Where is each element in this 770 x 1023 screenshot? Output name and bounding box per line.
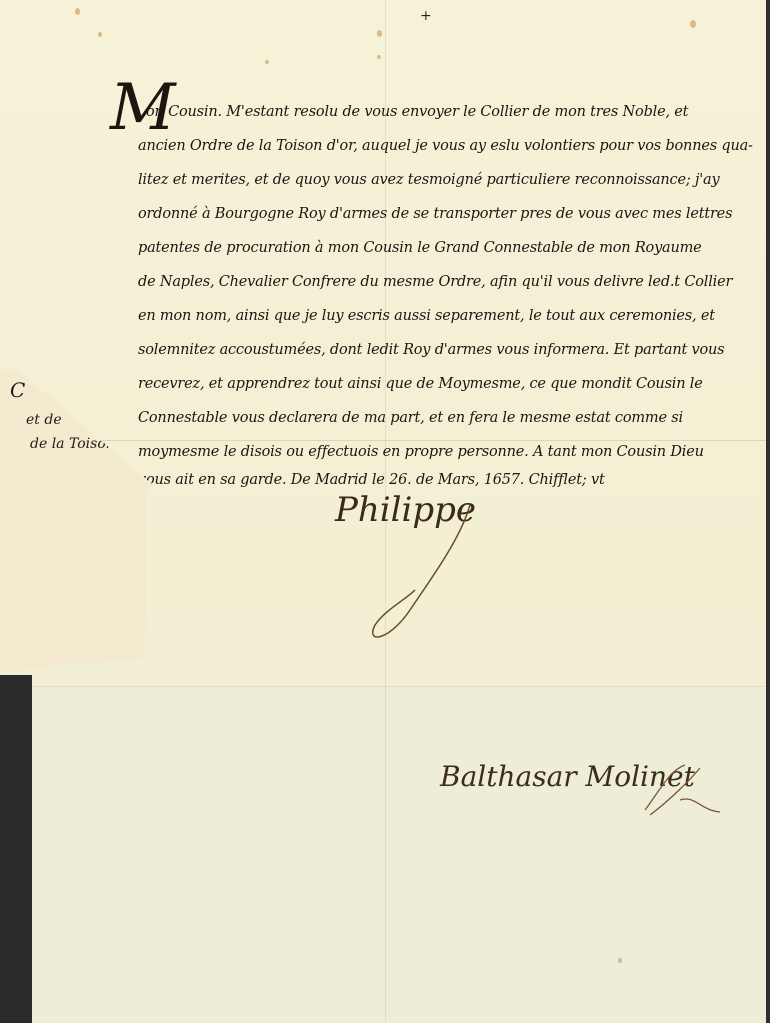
secretary-flourish <box>640 760 730 820</box>
letter-line: vous ait en sa garde. De Madrid le 26. d… <box>138 472 605 488</box>
letter-line: de Naples, Chevalier Confrere du mesme O… <box>138 274 732 290</box>
letter-line: ordonné à Bourgogne Roy d'armes de se tr… <box>138 206 732 222</box>
foxing-stain <box>377 30 382 37</box>
foxing-stain <box>618 958 622 963</box>
foxing-stain <box>75 8 80 15</box>
letter-line: moymesme le disois ou effectuois en prop… <box>138 444 704 460</box>
lower-fold-panel <box>32 686 766 1023</box>
letter-line: litez et merites, et de quoy vous avez t… <box>138 172 719 188</box>
letter-line: patentes de procuration à mon Cousin le … <box>138 240 702 256</box>
foxing-stain <box>265 60 269 64</box>
signature-flourish <box>360 500 480 650</box>
foxing-stain <box>377 55 381 59</box>
background-edge-left <box>0 675 32 1023</box>
letter-line: ancien Ordre de la Toison d'or, auquel j… <box>138 138 753 154</box>
letter-line: en mon nom, ainsi que je luy escris auss… <box>138 308 715 324</box>
letter-line: solemnitez accoustumées, dont ledit Roy … <box>138 342 724 358</box>
letter-line: recevrez, et apprendrez tout ainsi que d… <box>138 376 703 392</box>
foxing-stain <box>98 32 102 37</box>
flap-text: et de <box>26 412 62 428</box>
flap-text: C <box>10 378 25 402</box>
horizontal-fold-line <box>32 440 766 441</box>
letter-line: Connestable vous declarera de ma part, e… <box>138 410 683 426</box>
background-edge <box>766 0 770 1023</box>
letter-line: on Cousin. M'estant resolu de vous envoy… <box>146 104 688 120</box>
foxing-stain <box>690 20 696 28</box>
top-mark: + <box>420 8 432 24</box>
